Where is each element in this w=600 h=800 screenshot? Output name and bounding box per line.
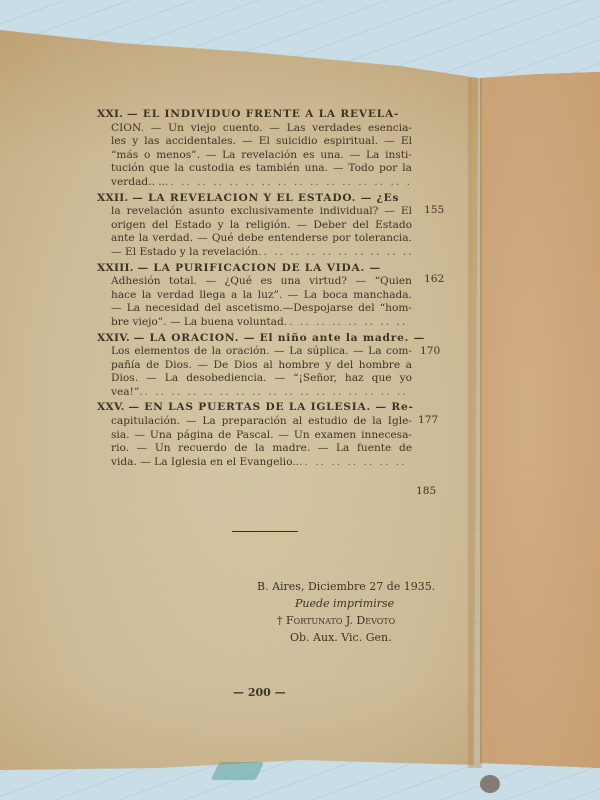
page-number: 155 [424, 204, 444, 216]
chapter-numeral: XXV. [97, 401, 125, 413]
toc-line: vea!” .. .. .. .. .. .. .. .. .. .. .. .… [97, 386, 440, 400]
chapter-title: — LA REVELACION Y EL ESTADO. — ¿Es [132, 192, 399, 204]
toc-line: la revelación asunto exclusivamente indi… [97, 205, 440, 219]
toc-line: tución que la custodia es también una. —… [97, 162, 440, 176]
chapter-title: — LA PURIFICACION DE LA VIDA. — [137, 262, 380, 274]
toc-line: les y las accidentales. — El suicidio es… [97, 135, 440, 149]
toc-line: “más o menos”. — La revelación es una. —… [97, 149, 440, 163]
chapter-numeral: XXIII. [97, 262, 134, 274]
chapter-title: — EL INDIVIDUO FRENTE A LA REVELA- [127, 108, 399, 120]
imprimatur-block: B. Aires, Diciembre 27 de 1935. Puede im… [255, 578, 435, 646]
page-folio: — 200 — [233, 686, 286, 699]
chapter-numeral: XXI. [97, 108, 123, 120]
imprimatur-signatory: † Fortunato J. Devoto [255, 612, 435, 629]
imprimatur-permission: Puede imprimirse [255, 595, 435, 612]
toc-entry-xxii: XXII. — LA REVELACION Y EL ESTADO. — ¿Es… [97, 192, 440, 260]
toc-line: Los elementos de la oración. — La súplic… [97, 345, 440, 359]
imprimatur-signatory-title: Ob. Aux. Vic. Gen. [255, 629, 435, 646]
toc-line: CION. — Un viejo cuento. — Las verdades … [97, 122, 440, 136]
leader-dots: .. .. .. .. .. .. .. .. .. .. .. .. .. .… [258, 246, 412, 260]
page-number: 162 [424, 273, 444, 285]
toc-line: — La necesidad del ascetismo.—Despojarse… [97, 302, 440, 316]
leader-dots: .. .. .. .. .. .. .. .. .. .. .. .. .. .… [139, 386, 412, 400]
chapter-title: — EN LAS PUERTAS DE LA IGLESIA. — Re- [128, 401, 413, 413]
toc-line: origen del Estado y la religión. — Deber… [97, 219, 440, 233]
toc-entry-xxiv: XXIV. — LA ORACION. — El niño ante la ma… [97, 332, 440, 400]
page-number: 170 [420, 345, 440, 357]
toc-entry-xxi: XXI. — EL INDIVIDUO FRENTE A LA REVELA- … [97, 108, 440, 190]
toc-line: sia. — Una página de Pascal. — Un examen… [97, 429, 440, 443]
chapter-numeral: XXIV. [97, 332, 130, 344]
toc-line: Adhesión total. — ¿Qué es una virtud? — … [97, 275, 440, 289]
toc-entry-xxiii: XXIII. — LA PURIFICACION DE LA VIDA. — A… [97, 262, 440, 330]
toc-line: pañía de Dios. — De Dios al hombre y del… [97, 359, 440, 373]
table-of-contents: XXI. — EL INDIVIDUO FRENTE A LA REVELA- … [97, 108, 440, 471]
toc-line: ante la verdad. — Qué debe entenderse po… [97, 232, 440, 246]
page-number: 185 [416, 485, 436, 497]
table-stain [211, 762, 264, 780]
leader-dots: .. .. .. .. .. .. .. .. .. .. .. .. .. .… [284, 316, 412, 330]
toc-line: — El Estado y la revelación .. .. .. .. … [97, 246, 440, 260]
book-spine [468, 78, 482, 768]
toc-line: bre viejo”. — La buena voluntad .. .. ..… [97, 316, 440, 330]
right-page-cover [480, 68, 600, 768]
toc-line: hace la verdad llega a la luz”. — La boc… [97, 289, 440, 303]
toc-line: rio. — Un recuerdo de la madre. — La fue… [97, 442, 440, 456]
page-number: 177 [418, 414, 438, 426]
toc-line: Dios. — La desobediencia. — “¡Señor, haz… [97, 372, 440, 386]
toc-line: verdad.. .. .. .. .. .. .. .. .. .. .. .… [97, 176, 440, 190]
chapter-numeral: XXII. [97, 192, 129, 204]
toc-entry-xxv: XXV. — EN LAS PUERTAS DE LA IGLESIA. — R… [97, 401, 440, 469]
section-divider [232, 531, 298, 532]
table-stain [480, 775, 500, 793]
chapter-title: — LA ORACION. — El niño ante la madre. — [134, 332, 425, 344]
leader-dots: .. .. .. .. .. .. .. .. .. .. .. .. .. .… [299, 456, 412, 470]
leader-dots: .. .. .. .. .. .. .. .. .. .. .. .. .. .… [165, 176, 412, 190]
toc-line: capitulación. — La preparación al estudi… [97, 415, 440, 429]
toc-line: vida. — La Iglesia en el Evangelio.. .. … [97, 456, 440, 470]
imprimatur-date: B. Aires, Diciembre 27 de 1935. [255, 578, 435, 595]
